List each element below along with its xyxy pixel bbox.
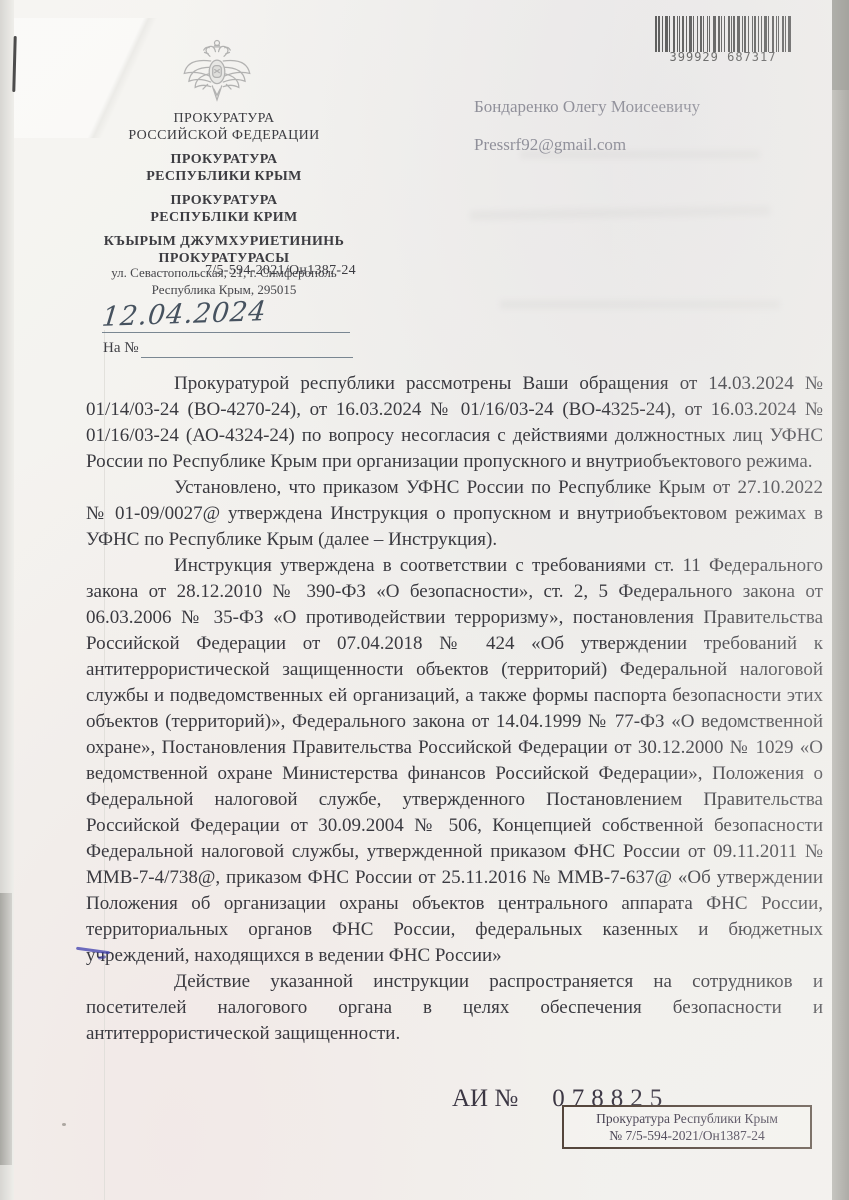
body-paragraph: Действие указанной инструкции распростра… (86, 969, 823, 1047)
body-paragraph: Установлено, что приказом УФНС России по… (86, 475, 823, 553)
recipient-email: Pressrf92@gmail.com (474, 126, 700, 164)
series-label: АИ № (452, 1085, 518, 1112)
org-line: ПРОКУРАТУРА (58, 110, 390, 127)
handwritten-date: 12.04.2024 (100, 296, 268, 333)
scanned-letter-page: ПРОКУРАТУРА РОССИЙСКОЙ ФЕДЕРАЦИИ ПРОКУРА… (0, 0, 849, 1200)
org-line: РОССИЙСКОЙ ФЕДЕРАЦИИ (58, 127, 390, 144)
body-paragraph: Прокуратурой республики рассмотрены Ваши… (86, 371, 823, 475)
org-line: ПРОКУРАТУРА (58, 151, 390, 168)
registration-barcode: 399929 687317 (655, 16, 791, 64)
letterhead: ПРОКУРАТУРА РОССИЙСКОЙ ФЕДЕРАЦИИ ПРОКУРА… (58, 110, 390, 267)
org-line: РЕСПУБЛИКИ КРЫМ (58, 168, 390, 185)
address-line: Республика Крым, 295015 (40, 281, 408, 298)
org-line: КЪЫРЫМ ДЖУМХУРИЕТИНИНЬ (58, 233, 390, 250)
scan-edge-right-corner (832, 0, 849, 90)
russia-coat-of-arms-icon (178, 36, 256, 114)
scan-speck (62, 1123, 66, 1126)
overprinted-reference-number: 7/5-594-2021/Он1387-24 (205, 263, 356, 279)
stamp-number-line: № 7/5-594-2021/Он1387-24 (564, 1127, 810, 1144)
scan-edge-right (832, 0, 849, 1200)
recipient-block: Бондаренко Олегу Моисеевичу Pressrf92@gm… (474, 88, 700, 164)
reply-number-label: На № (103, 340, 139, 357)
stamp-org-line: Прокуратура Республики Крым (564, 1111, 810, 1127)
org-line: ПРОКУРАТУРА (58, 192, 390, 209)
date-underline (102, 332, 350, 333)
reply-number-underline (141, 357, 353, 358)
barcode-digits: 399929 687317 (655, 50, 791, 64)
letter-body: Прокуратурой республики рассмотрены Ваши… (86, 371, 823, 1047)
recipient-name: Бондаренко Олегу Моисеевичу (474, 88, 700, 126)
barcode-bars (655, 16, 791, 52)
scan-edge-left-shadow (0, 893, 12, 1165)
org-line: РЕСПУБЛІКИ КРИМ (58, 209, 390, 226)
body-paragraph: Инструкция утверждена в соответствии с т… (86, 553, 823, 969)
registration-stamp: Прокуратура Республики Крым № 7/5-594-20… (562, 1105, 812, 1149)
